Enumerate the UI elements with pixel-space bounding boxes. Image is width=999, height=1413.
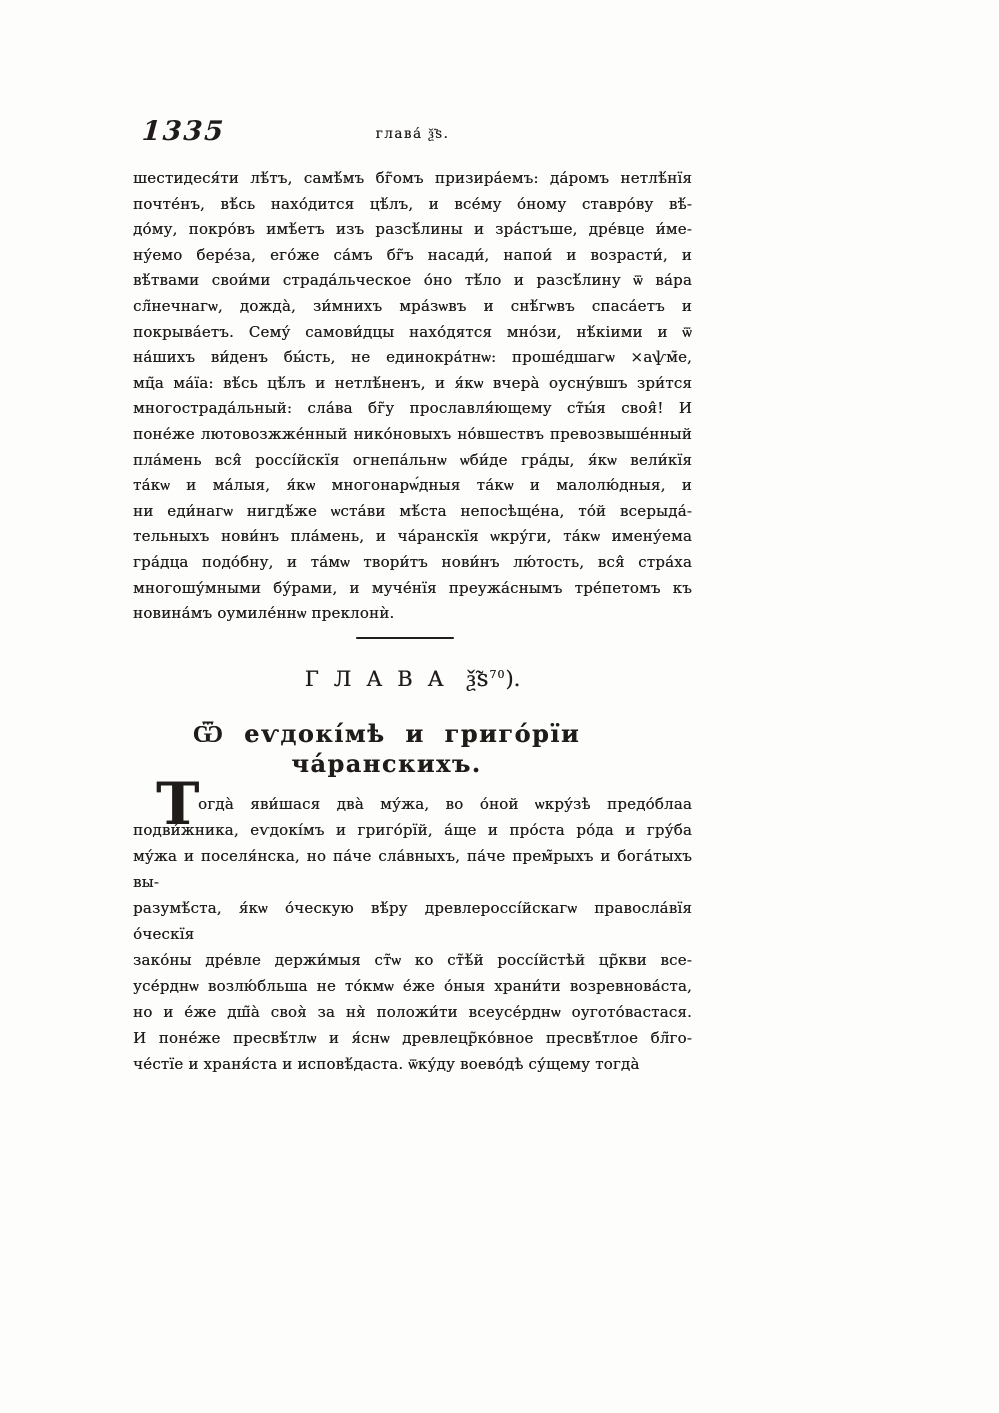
text-line: огда̀ яви́шася два̀ му́жа, во о́ной ѡкру…: [133, 791, 692, 817]
text-line: вѣ́твами свои́ми страда́льческое о́но тѣ…: [133, 268, 692, 294]
paragraph-2-lines: огда̀ яви́шася два̀ му́жа, во о́ной ѡкру…: [133, 791, 692, 1077]
text-line: разумѣ́ста, я́кѡ о́ческую вѣ́ру древлеро…: [133, 895, 692, 947]
text-line: многошу́мными бу́рами, и муче́нїя преужа…: [133, 576, 692, 602]
text-line: шестидеся́ти лѣ́тъ, самѣ́мъ бг̃омъ призи…: [133, 166, 692, 192]
text-line: зако́ны дре́вле держи́мыя ст̃ѡ ко ст̃ѣ́й…: [133, 947, 692, 973]
text-line: покрыва́етъ. Сему́ самови́дцы нахо́дятся…: [133, 320, 692, 346]
chapter-word: ГЛАВА: [305, 667, 459, 691]
text-line: поне́же лютовозжже́нный нико́новыхъ но́в…: [133, 422, 692, 448]
text-line: но и е́же дш̃а̀ своя̀ за ня̀ положи́ти в…: [133, 999, 692, 1025]
text-line: до́му, покро́въ имѣ́етъ изъ разсѣ́лины и…: [133, 217, 692, 243]
running-header: глава́ ѯ̃ѕ.: [133, 126, 692, 142]
text-line: сл̃нечнагѡ, дожда̀, зи́мнихъ мра́зѡвъ и …: [133, 294, 692, 320]
text-line: подви́жника, еѵдокі́мъ и григо́рїй, а́ще…: [133, 817, 692, 843]
body-paragraph-2: Т огда̀ яви́шася два̀ му́жа, во о́ной ѡк…: [133, 791, 692, 1077]
text-line: гра́дца подо́бну, и та́мѡ твори́тъ нови́…: [133, 550, 692, 576]
text-line: та́кѡ и ма́лыя, я́кѡ многонарѡ́дныя та́к…: [133, 473, 692, 499]
text-line: многострада́льный: сла́ва бг̃у прославля…: [133, 396, 692, 422]
chapter-heading-close: ).: [505, 667, 520, 691]
text-line: че́стїе и храня́ста и исповѣ́даста. ѿку́…: [133, 1051, 692, 1077]
book-page: 1335 глава́ ѯ̃ѕ. шестидеся́ти лѣ́тъ, сам…: [0, 0, 999, 1413]
text-line: на́шихъ ви́денъ бы́сть, не единокра́тнѡ:…: [133, 345, 692, 371]
body-paragraph-1: шестидеся́ти лѣ́тъ, самѣ́мъ бг̃омъ призи…: [133, 166, 692, 627]
drop-cap-initial: Т: [156, 775, 199, 833]
chapter-heading: ГЛАВАѯ̃ѕ70).: [133, 666, 692, 692]
section-divider: [356, 637, 454, 639]
text-line: И поне́же пресвѣ́тлѡ и я́снѡ древлецр̃ко…: [133, 1025, 692, 1051]
text-line: новина́мъ оумиле́ннѡ преклонѝ.: [133, 601, 692, 627]
text-line: мц̃а ма́їа: вѣ́сь цѣ́лъ и нетлѣ́ненъ, и …: [133, 371, 692, 397]
text-line: му́жа и поселя́нска, но па́че сла́вныхъ,…: [133, 843, 692, 895]
text-line: ну́емо бере́за, его́же са́мъ бг̃ъ насади…: [133, 243, 692, 269]
text-line: ни еди́нагѡ нигдѣ́же ѡста́ви мѣ́ста непо…: [133, 499, 692, 525]
chapter-numeral: ѯ̃ѕ: [466, 666, 489, 692]
text-line: усе́рднѡ возлю́бльша не то́кмѡ е́же о́ны…: [133, 973, 692, 999]
text-line: почте́нъ, вѣ́сь нахо́дится цѣ́лъ, и все́…: [133, 192, 692, 218]
text-line: пла́мень вся̂ россі́йскїя огнепа́льнѡ ѡб…: [133, 448, 692, 474]
text-line: тельныхъ нови́нъ пла́мень, и ча́ранскїя …: [133, 524, 692, 550]
footnote-marker: 70: [489, 668, 505, 681]
